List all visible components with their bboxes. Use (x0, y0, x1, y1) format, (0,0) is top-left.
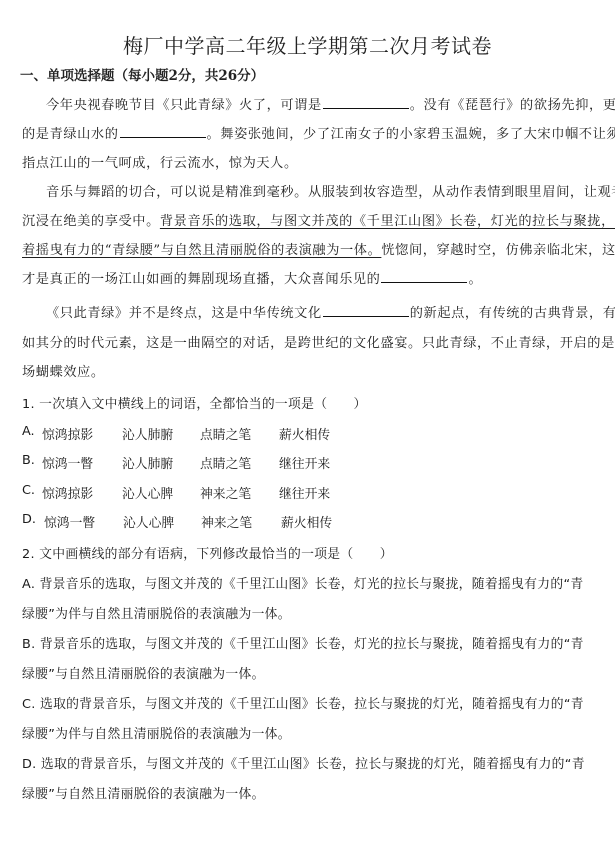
option-label: D. (22, 512, 36, 527)
passage-line: 场蝴蝶效应。 (22, 361, 600, 380)
passage-line: 《只此青绿》并不是终点，这是中华传统文化的新起点，有传统的古典背景，有恰 (46, 302, 615, 321)
question-1-stem: 1. 一次填入文中横线上的词语，全都恰当的一项是（ ） (22, 393, 367, 412)
fill-blank-3 (381, 270, 467, 283)
passage-line: 才是真正的一场江山如画的舞剧现场直播，大众喜闻乐见的。 (22, 268, 600, 287)
passage-text: 的是青绿山水的 (22, 127, 119, 142)
option-word: 点睛之笔 (200, 453, 251, 472)
option-text: 选取的背景音乐，与图文并茂的《千里江山图》长卷，拉长与聚拢的灯光，随着摇曳有力的… (40, 697, 584, 712)
option-label: A. (22, 577, 35, 592)
underlined-sentence: 背景音乐的选取，与图文并茂的《千里江山图》长卷，灯光的拉长与聚拢，随 (160, 214, 615, 229)
option-word: 神来之笔 (200, 483, 251, 502)
passage-line: 如其分的时代元素，这是一曲隔空的对话，是跨世纪的文化盛宴。只此青绿，不止青绿，开… (22, 332, 600, 351)
fill-blank-2 (120, 125, 206, 138)
question-2-option-c: C. 选取的背景音乐，与图文并茂的《千里江山图》长卷，拉长与聚拢的灯光，随着摇曳… (22, 693, 584, 712)
option-label: B. (22, 453, 35, 468)
option-text: 背景音乐的选取，与图文并茂的《千里江山图》长卷，灯光的拉长与聚拢，随着摇曳有力的… (40, 577, 584, 592)
option-text: 选取的背景音乐，与图文并茂的《千里江山图》长卷，拉长与聚拢的灯光，随着摇曳有力的… (41, 757, 585, 772)
option-label: B. (22, 637, 35, 652)
passage-line: 今年央视春晚节目《只此青绿》火了，可谓是。没有《琵琶行》的欲扬先抑，更多 (46, 94, 615, 113)
option-label: C. (22, 697, 36, 712)
option-word: 薪火相传 (279, 424, 330, 443)
passage-text: 今年央视春晚节目《只此青绿》火了，可谓是 (46, 98, 322, 113)
option-word: 神来之笔 (201, 512, 252, 531)
passage-text: 《只此青绿》并不是终点，这是中华传统文化 (46, 306, 322, 321)
option-label: D. (22, 757, 37, 772)
option-word: 惊鸿掠影 (42, 483, 93, 502)
passage-line: 音乐与舞蹈的切合，可以说是精准到毫秒。从服装到妆容造型，从动作表情到眼里眉间，让… (46, 181, 615, 200)
question-2-option-d-cont: 绿腰”与自然且清丽脱俗的表演融为一体。 (22, 783, 265, 802)
question-2-option-b-cont: 绿腰”与自然且清丽脱俗的表演融为一体。 (22, 663, 265, 682)
passage-line: 指点江山的一气呵成，行云流水，惊为天人。 (22, 152, 600, 171)
question-2-option-d: D. 选取的背景音乐，与图文并茂的《千里江山图》长卷，拉长与聚拢的灯光，随着摇曳… (22, 753, 585, 772)
passage-text: 沉浸在绝美的享受中。 (22, 214, 160, 229)
passage-text: 的新起点，有传统的古典背景，有恰 (410, 306, 615, 321)
fill-blank-1 (323, 96, 409, 109)
option-word: 继往开来 (279, 453, 330, 472)
section-heading: 一、单项选择题（每小题2分，共26分） (20, 64, 264, 84)
option-word: 继往开来 (279, 483, 330, 502)
passage-text: 才是真正的一场江山如画的舞剧现场直播，大众喜闻乐见的 (22, 272, 380, 287)
underlined-sentence: 着摇曳有力的“青绿腰”与自然且清丽脱俗的表演融为一体。 (22, 243, 381, 258)
passage-text: 。 (468, 272, 482, 287)
option-text: 背景音乐的选取，与图文并茂的《千里江山图》长卷，灯光的拉长与聚拢，随着摇曳有力的… (40, 637, 584, 652)
question-2-stem: 2. 文中画横线的部分有语病，下列修改最恰当的一项是（ ） (22, 543, 393, 562)
option-word: 惊鸿一瞥 (44, 512, 95, 531)
fill-blank-4 (323, 304, 409, 317)
option-word: 点睛之笔 (200, 424, 251, 443)
option-word: 沁人肺腑 (122, 424, 173, 443)
option-word: 薪火相传 (281, 512, 332, 531)
question-2-option-b: B. 背景音乐的选取，与图文并茂的《千里江山图》长卷，灯光的拉长与聚拢，随着摇曳… (22, 633, 584, 652)
option-label: C. (22, 483, 35, 498)
passage-text: 恍惚间，穿越时空，仿佛亲临北宋，这 (381, 243, 615, 258)
question-2-option-a: A. 背景音乐的选取，与图文并茂的《千里江山图》长卷，灯光的拉长与聚拢，随着摇曳… (22, 573, 583, 592)
question-2-option-a-cont: 绿腰”为伴与自然且清丽脱俗的表演融为一体。 (22, 603, 291, 622)
passage-line: 沉浸在绝美的享受中。背景音乐的选取，与图文并茂的《千里江山图》长卷，灯光的拉长与… (22, 210, 600, 229)
option-word: 惊鸿一瞥 (42, 453, 93, 472)
option-word: 沁人心脾 (123, 512, 174, 531)
passage-line: 着摇曳有力的“青绿腰”与自然且清丽脱俗的表演融为一体。恍惚间，穿越时空，仿佛亲临… (22, 239, 600, 258)
option-word: 沁人心脾 (122, 483, 173, 502)
option-word: 惊鸿掠影 (42, 424, 93, 443)
exam-page: 梅厂中学高二年级上学期第二次月考试卷 一、单项选择题（每小题2分，共26分） 今… (0, 0, 615, 845)
passage-text: 。没有《琵琶行》的欲扬先抑，更多 (410, 98, 615, 113)
option-word: 沁人肺腑 (122, 453, 173, 472)
option-label: A. (22, 424, 35, 439)
passage-text: 。舞姿张弛间，少了江南女子的小家碧玉温婉，多了大宋巾帼不让须眉、 (207, 127, 615, 142)
exam-title: 梅厂中学高二年级上学期第二次月考试卷 (0, 30, 615, 59)
question-2-option-c-cont: 绿腰”为伴与自然且清丽脱俗的表演融为一体。 (22, 723, 291, 742)
passage-line: 的是青绿山水的。舞姿张弛间，少了江南女子的小家碧玉温婉，多了大宋巾帼不让须眉、 (22, 123, 600, 142)
